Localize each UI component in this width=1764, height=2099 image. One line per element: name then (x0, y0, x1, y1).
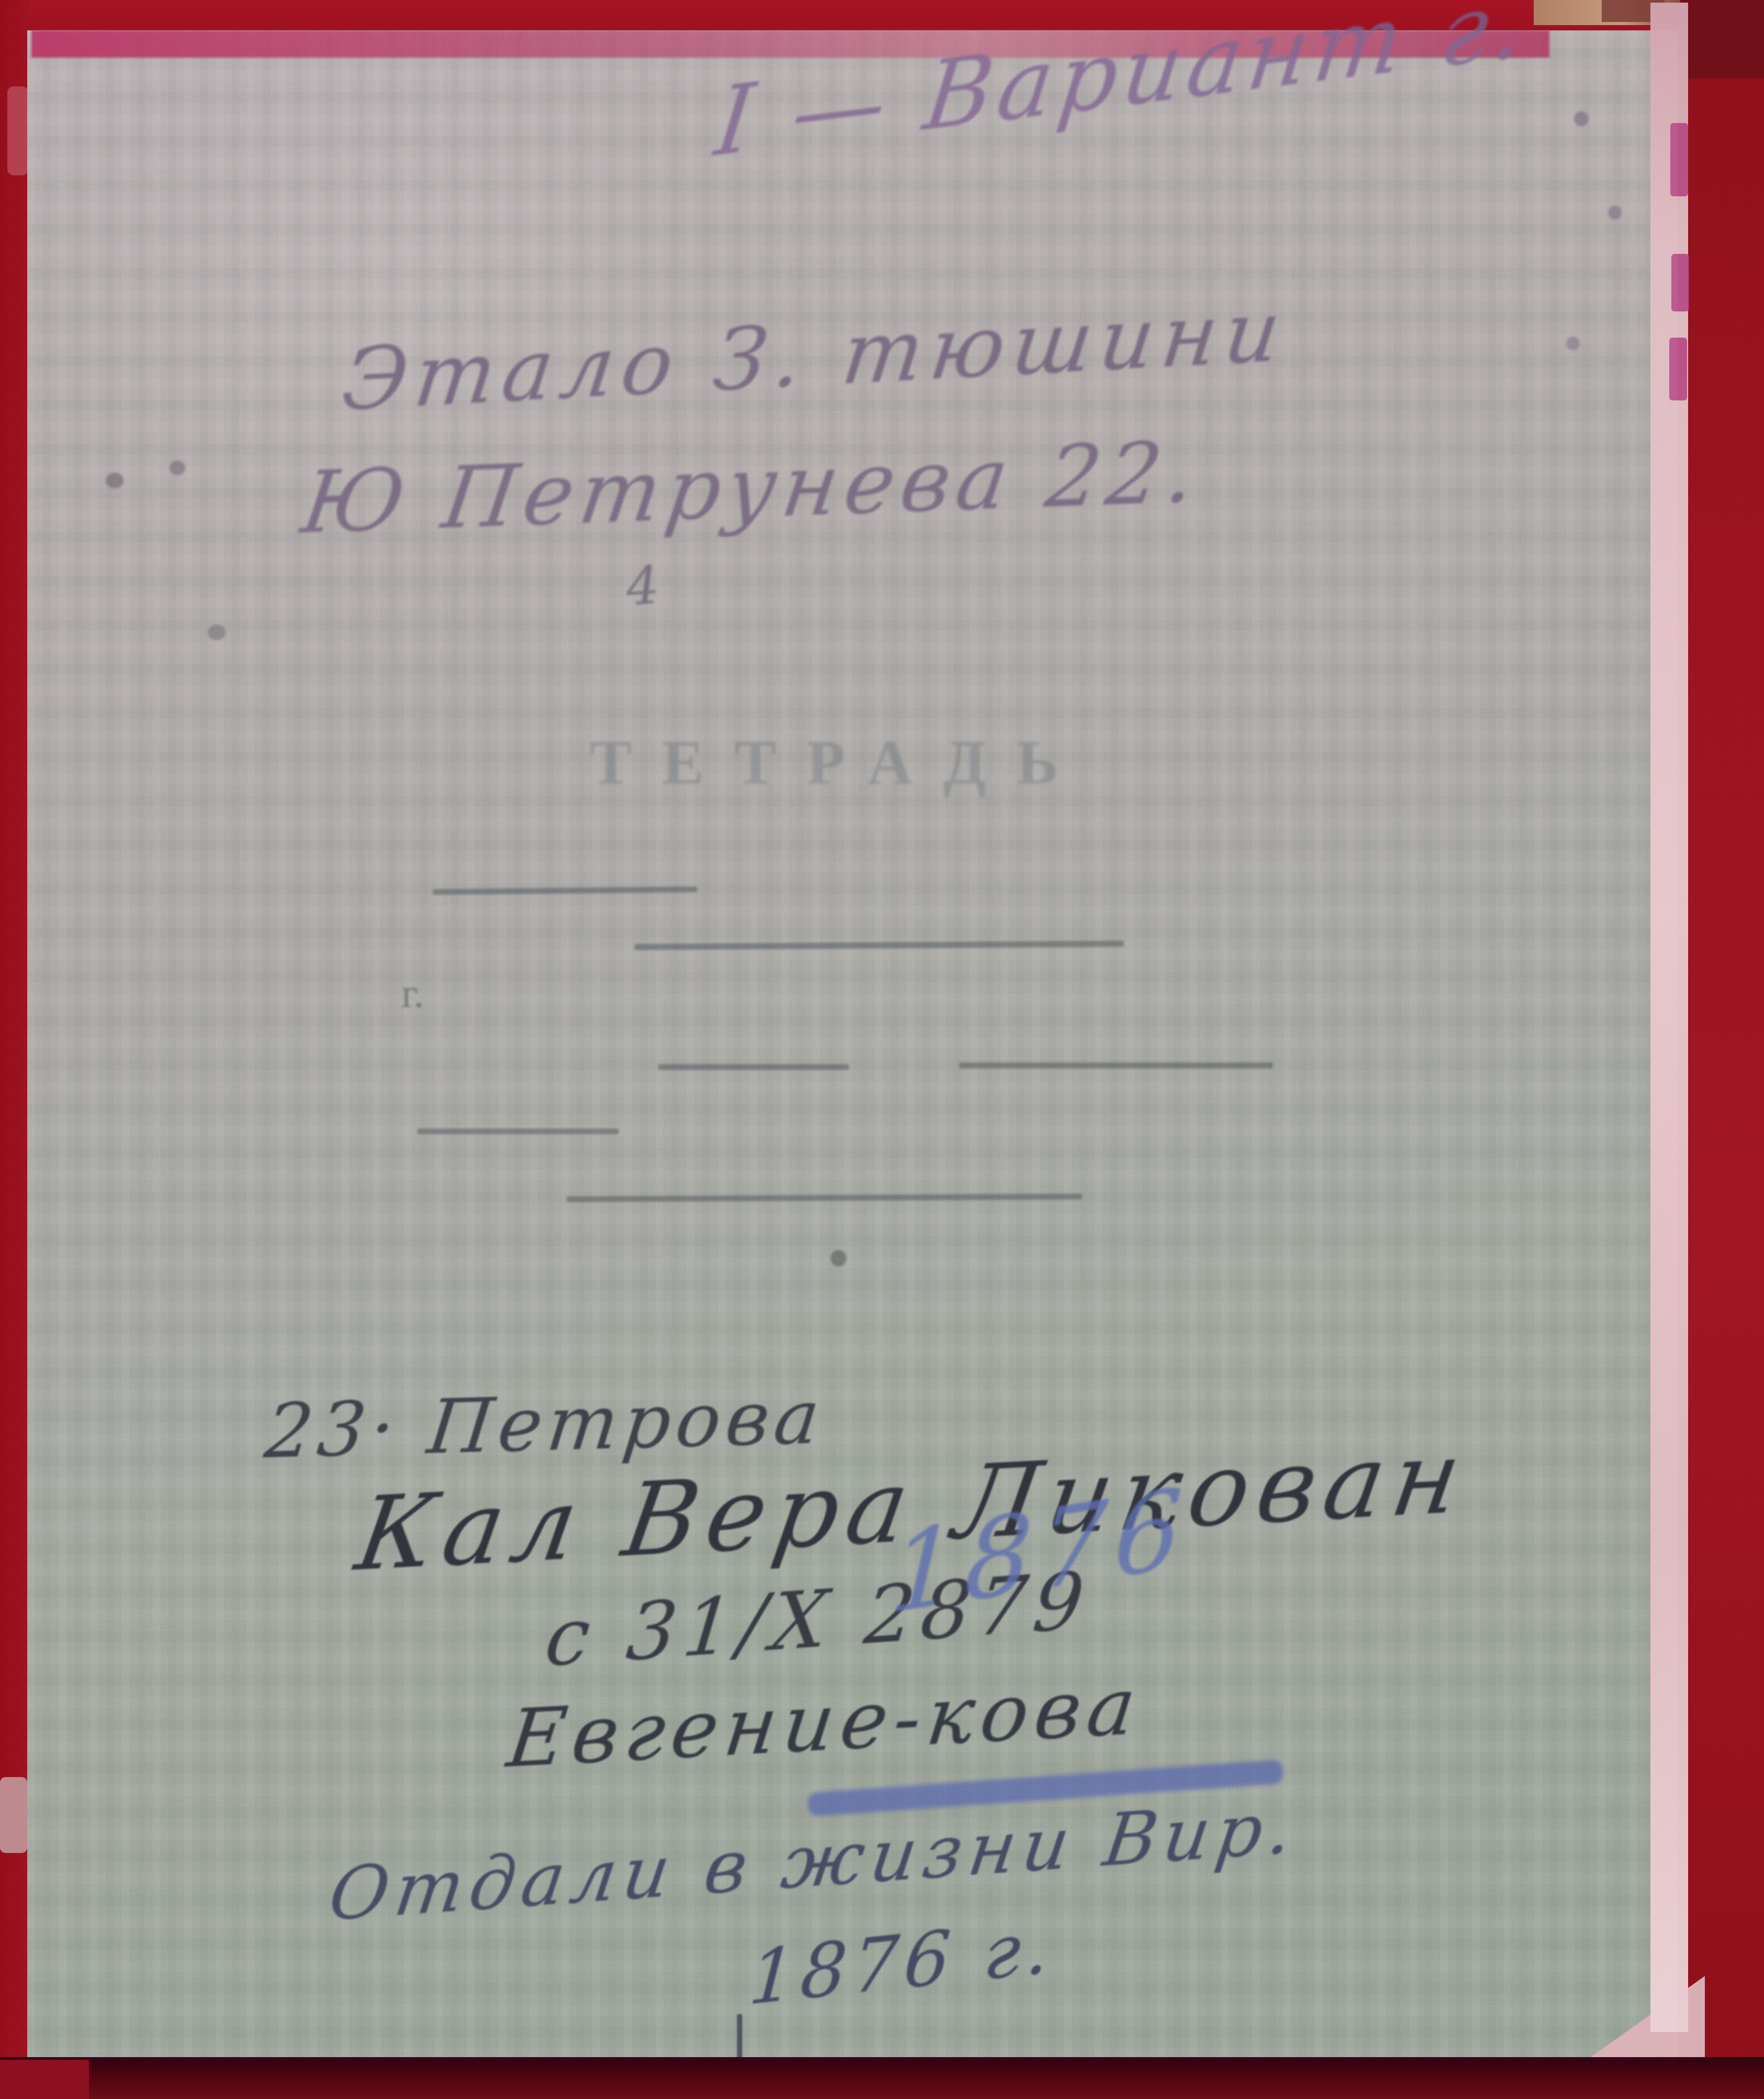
printed-rule-3 (658, 1064, 849, 1070)
ink-speck (170, 461, 185, 475)
red-cloth-right (1678, 0, 1764, 2099)
red-cloth-top-right-corner (1675, 0, 1764, 79)
ink-speck (1574, 111, 1589, 126)
photo-of-notebook-cover: { "palette": { "background_red": "#9e112… (0, 0, 1764, 2099)
magenta-edge-fleck (1669, 338, 1687, 400)
ink-speck (1566, 337, 1580, 350)
ink-speck (1608, 206, 1622, 219)
printed-field-label: г. (401, 970, 424, 1017)
worn-edge-spot (0, 1777, 27, 1853)
page-edge-strip (1650, 3, 1688, 2032)
magenta-edge-fleck (1671, 254, 1689, 311)
ink-speck (831, 1250, 846, 1267)
printed-rule-4 (959, 1063, 1273, 1068)
owner-mark: 4 (624, 554, 662, 618)
shadow-under-cover (0, 2057, 1764, 2099)
ink-speck (208, 624, 226, 640)
worn-edge-spot (7, 86, 28, 175)
red-cloth-bottom-left (0, 2060, 89, 2099)
printed-title: ТЕТРАДЬ (590, 727, 1089, 799)
ink-speck (106, 473, 124, 488)
notebook-cover: I — Вариант г. Этало З. тюшини Ю Петруне… (27, 30, 1678, 2060)
magenta-edge-fleck (1670, 123, 1688, 196)
printed-rule-5 (417, 1129, 619, 1134)
